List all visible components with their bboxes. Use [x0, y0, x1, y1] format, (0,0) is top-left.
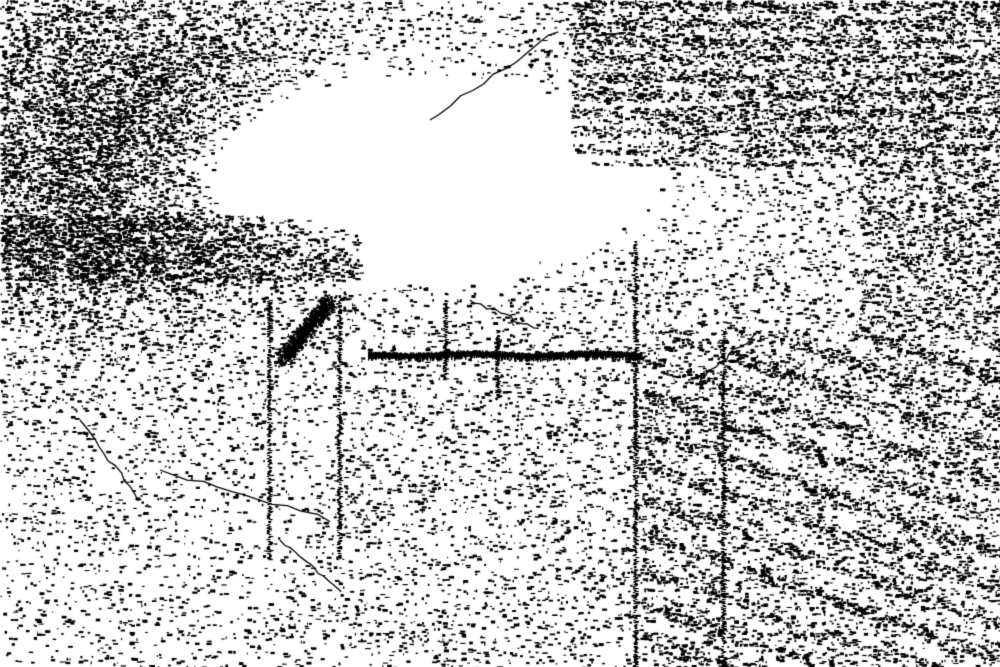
grunge-texture: [0, 0, 1000, 667]
texture-canvas: [0, 0, 1000, 667]
